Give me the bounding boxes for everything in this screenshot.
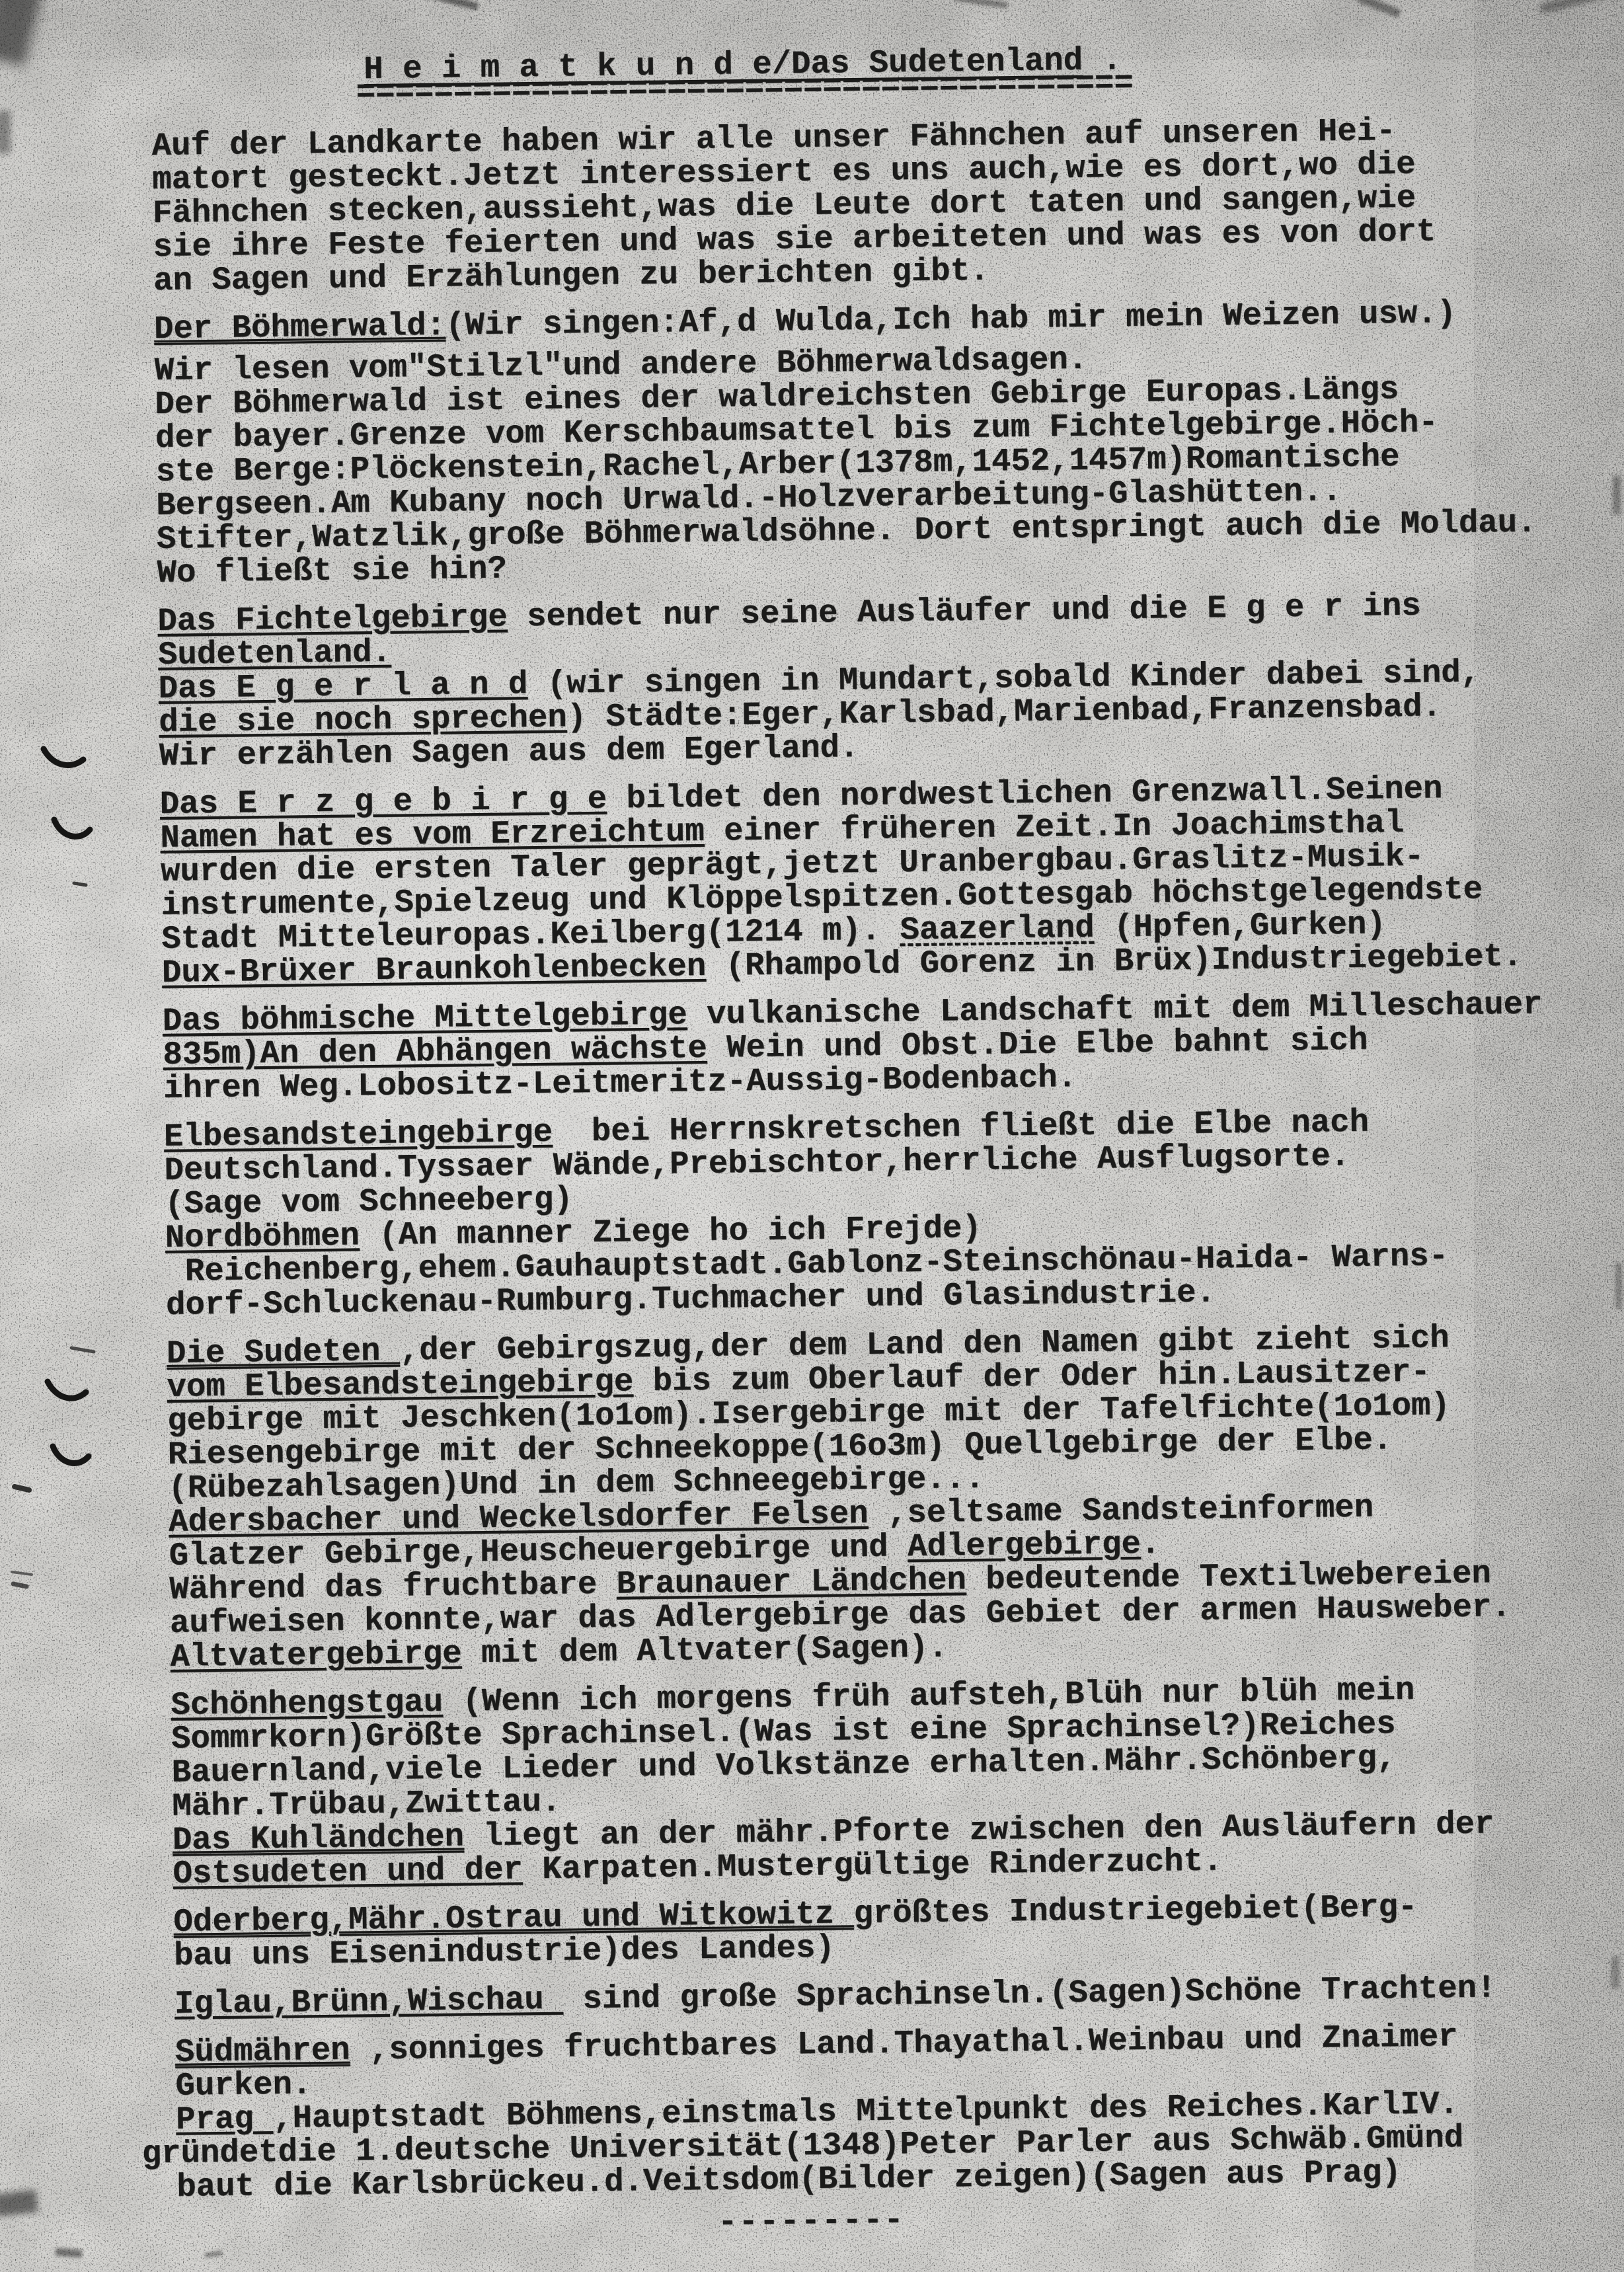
scan-smudge: [1615, 1263, 1622, 1309]
text-segment: bau uns Eisenindustrie)des Landes): [174, 1930, 835, 1975]
intro: Auf der Landkarte haben wir alle unser F…: [151, 112, 1588, 297]
text-segment: Wir erzählen Sagen aus dem Egerland.: [159, 729, 859, 775]
pen-mark-tick: [74, 883, 86, 885]
scanned-page: H e i m a t k u n d e/Das Sudetenland .=…: [0, 0, 1624, 2272]
text-segment: Wo fließt sie hin?: [157, 550, 507, 591]
text-segment: sind große Sprachinseln.(Sagen)Schöne Tr…: [563, 1969, 1496, 2017]
boehmisches-mittelgebirge: Das böhmische Mittelgebirge vulkanische …: [163, 987, 1598, 1105]
scan-smudge: [1356, 0, 1401, 18]
underlined-text: Dux-Brüxer Braunkohlenbecken: [162, 948, 707, 992]
underlined-text: Der Böhmerwald:: [154, 307, 446, 348]
underlined-text: Ostsudeten und der: [173, 1851, 523, 1892]
title: H e i m a t k u n d e/Das Sudetenland .=…: [151, 38, 1586, 112]
pen-mark-arc: [54, 820, 90, 836]
suedmaehren-prag: Südmähren ,sonniges fruchtbares Land.Tha…: [175, 2018, 1611, 2204]
text-segment: Karpaten.Mustergültige Rinderzucht.: [523, 1842, 1223, 1888]
scan-smudge: [0, 111, 11, 153]
scan-smudge: [1613, 476, 1621, 514]
text-line: Der Böhmerwald:(Wir singen:Af,d Wulda,Ic…: [154, 295, 1588, 346]
scan-smudge: [431, 0, 479, 11]
scan-smudge: [205, 2250, 223, 2258]
scan-smudge: [954, 0, 1007, 9]
pen-mark-tick: [71, 1348, 94, 1352]
pen-mark-dash: [13, 1584, 26, 1586]
text-segment: .: [1141, 1526, 1161, 1563]
text-segment: mit dem Altvater(Sagen).: [461, 1629, 948, 1672]
egerland: Das E g e r l a n d (wir singen in Munda…: [158, 654, 1594, 773]
elbesandsteingebirge-nordboehmen: Elbesandsteingebirge bei Herrnskretschen…: [164, 1103, 1601, 1322]
erzgebirge: Das E r z g e b i r g e bildet den nordw…: [160, 770, 1597, 990]
scan-smudge: [0, 2190, 38, 2217]
pen-mark-arc: [44, 749, 83, 765]
underlined-text: Prag: [176, 2100, 274, 2138]
text-segment: größtes Industriegebiet(Berg-: [853, 1889, 1417, 1932]
scan-smudge: [1611, 1957, 1619, 1988]
pen-mark-arc: [48, 1382, 86, 1398]
schoenhengstgau-kuhlaendchen: Schönhengstgau (Wenn ich morgens früh au…: [171, 1671, 1607, 1891]
pen-mark-dash: [12, 1572, 32, 1575]
underlined-text: Das Fichtelgebirge: [157, 598, 508, 639]
text-line: Iglau,Brünn,Wischau sind große Sprachins…: [174, 1970, 1609, 2021]
sudeten: Die Sudeten ,der Gebirgszug,der dem Land…: [167, 1319, 1605, 1674]
underlined-text: Altvatergebirge: [170, 1635, 462, 1675]
typewritten-text: H e i m a t k u n d e/Das Sudetenland .=…: [151, 38, 1611, 2246]
boehmerwald-heading: Der Böhmerwald:(Wir singen:Af,d Wulda,Ic…: [154, 295, 1588, 346]
underlined-text: Iglau,Brünn,Wischau: [174, 1981, 564, 2023]
scan-smudge: [56, 2248, 83, 2257]
oderberg: Oderberg,Mähr.Ostrau und Witkowitz größt…: [173, 1888, 1608, 1973]
text-segment: (Wir singen:Af,d Wulda,Ich hab mir mein …: [445, 295, 1457, 344]
text-line: ---------: [718, 2195, 1612, 2240]
pen-mark-arc: [53, 1446, 89, 1463]
scan-smudge: [0, 0, 43, 67]
iglau: Iglau,Brünn,Wischau sind große Sprachins…: [174, 1970, 1609, 2021]
text-segment: ---------: [718, 2201, 905, 2240]
text-segment: Gurken.: [175, 2066, 312, 2105]
underlined-text: Südmähren: [175, 2032, 350, 2071]
pen-mark-dash: [15, 1487, 29, 1490]
boehmerwald: Wir lesen vom"Stilzl"und andere Böhmerwa…: [155, 336, 1592, 590]
scan-smudge: [1540, 0, 1619, 13]
